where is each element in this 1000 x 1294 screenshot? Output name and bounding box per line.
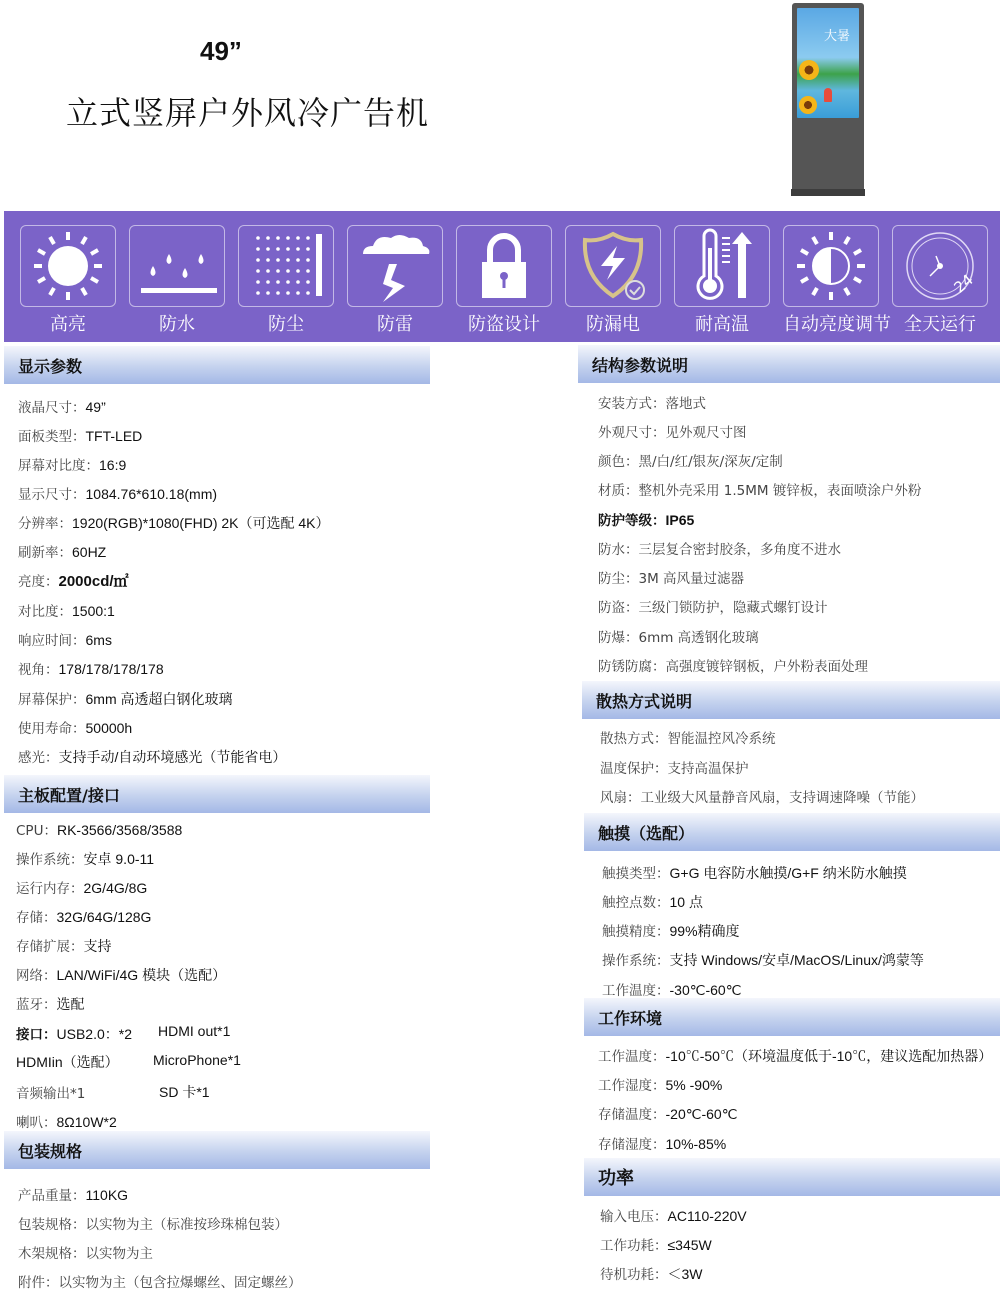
sun-icon xyxy=(28,228,108,304)
section-environment: 工作环境 xyxy=(584,998,1000,1036)
spec-row: 存储温度：-20℃-60℃ xyxy=(598,1103,737,1123)
feature-label: 防漏电 xyxy=(565,310,661,336)
feature-label: 防雷 xyxy=(347,310,443,336)
spec-row: 刷新率：60HZ xyxy=(18,541,106,561)
spec-row: 蓝牙：选配 xyxy=(16,993,85,1014)
spec-row: 响应时间：6ms xyxy=(18,629,112,649)
feature-label: 高亮 xyxy=(20,310,116,336)
spec-row: 包装规格：以实物为主（标准按珍珠棉包装） xyxy=(18,1213,288,1233)
feature-anti-theft: 防盗设计 xyxy=(456,225,552,336)
product-image: 大暑 xyxy=(792,3,864,196)
water-drops-icon xyxy=(137,228,217,304)
spec-row: 分辨率：1920(RGB)*1080(FHD) 2K（可选配 4K） xyxy=(18,512,330,533)
sunflower-graphic xyxy=(799,60,819,80)
feature-lightning-protection: 防雷 xyxy=(347,225,443,336)
screen-text: 大暑 xyxy=(824,30,850,44)
spec-row: 音频输出*1SD 卡*1 xyxy=(16,1082,85,1102)
half-sun-icon xyxy=(791,228,871,304)
shield-bolt-icon xyxy=(573,228,653,304)
feature-dustproof: 防尘 xyxy=(238,225,334,336)
section-cooling: 散热方式说明 xyxy=(582,681,1000,719)
spec-row: 存储扩展：支持 xyxy=(16,935,112,956)
spec-row: 安装方式：落地式 xyxy=(598,392,706,412)
feature-label: 防尘 xyxy=(238,310,334,336)
spec-row: 网络：LAN/WiFi/4G 模块（选配） xyxy=(16,964,226,985)
spec-row: 材质：整机外壳采用 1.5MM 镀锌板，表面喷涂户外粉 xyxy=(598,479,921,499)
section-packaging: 包装规格 xyxy=(4,1131,430,1169)
spec-row: 液晶尺寸：49” xyxy=(18,396,106,416)
spec-row: 屏幕保护：6mm 高透超白钢化玻璃 xyxy=(18,688,233,709)
spec-row-interfaces: 接口：USB2.0：*2HDMI out*1 xyxy=(16,1023,132,1044)
boy-graphic xyxy=(824,88,832,102)
spec-row: 面板类型：TFT-LED xyxy=(18,425,142,445)
spec-row: 视角：178/178/178/178 xyxy=(18,658,164,678)
spec-row: 工作湿度：5% -90% xyxy=(598,1074,722,1094)
kiosk-screen: 大暑 xyxy=(797,8,859,118)
spec-row: 输入电压：AC110-220V xyxy=(600,1205,747,1225)
spec-row: 屏幕对比度：16:9 xyxy=(18,454,126,474)
section-structure: 结构参数说明 xyxy=(578,345,1000,383)
feature-high-brightness: 高亮 xyxy=(20,225,116,336)
spec-row: 存储湿度：10%-85% xyxy=(598,1133,726,1153)
feature-label: 防盗设计 xyxy=(456,310,552,336)
spec-row: 散热方式：智能温控风冷系统 xyxy=(600,727,776,747)
feature-label: 全天运行 xyxy=(892,310,988,336)
thermometer-icon xyxy=(682,228,762,304)
svg-text:24: 24 xyxy=(951,271,977,297)
spec-row: 工作温度：-10℃-50℃（环境温度低于-10℃，建议选配加热器） xyxy=(598,1045,992,1066)
clock-24-icon: 24 xyxy=(900,228,980,304)
spec-row: 操作系统：安卓 9.0-11 xyxy=(16,848,154,869)
spec-row: CPU：RK-3566/3568/3588 xyxy=(16,819,182,839)
section-power: 功率 xyxy=(584,1158,1000,1196)
feature-band: 高亮 防水 防尘 xyxy=(4,211,1000,342)
spec-row: 附件：以实物为主（包含拉爆螺丝、固定螺丝） xyxy=(18,1271,302,1291)
feature-24h-operation: 24 全天运行 xyxy=(892,225,988,336)
spec-row: 工作温度：-30℃-60℃ xyxy=(602,979,741,999)
spec-row: 防水：三层复合密封胶条，多角度不进水 xyxy=(598,538,841,558)
spec-row: 工作功耗：≤345W xyxy=(600,1234,712,1254)
spec-row: 感光：支持手动/自动环境感光（节能省电） xyxy=(18,746,286,767)
feature-auto-brightness: 自动亮度调节 xyxy=(783,225,879,336)
section-touch-optional: 触摸（选配） xyxy=(584,813,1000,851)
product-size: 49” xyxy=(200,36,242,67)
spec-row: 显示尺寸：1084.76*610.18(mm) xyxy=(18,483,217,503)
section-mainboard: 主板配置/接口 xyxy=(4,775,430,813)
sunflower-graphic xyxy=(799,96,817,114)
spec-row: 触摸类型：G+G 电容防水触摸/G+F 纳米防水触摸 xyxy=(602,862,907,883)
spec-row: 防锈防腐：高强度镀锌钢板，户外粉表面处理 xyxy=(598,655,868,675)
spec-row: 防尘：3M 高风量过滤器 xyxy=(598,567,744,587)
spec-row: 木架规格：以实物为主 xyxy=(18,1242,153,1262)
feature-label: 耐高温 xyxy=(674,310,770,336)
spec-row-ip-rating: 防护等级：IP65 xyxy=(598,509,694,529)
spec-row: 触摸精度：99%精确度 xyxy=(602,920,740,941)
kiosk-base xyxy=(791,189,865,196)
spec-row: 亮度：2000cd/㎡ xyxy=(18,570,129,591)
section-display-params: 显示参数 xyxy=(4,346,430,384)
spec-row: HDMIin（选配）MicroPhone*1 xyxy=(16,1052,119,1072)
padlock-icon xyxy=(464,228,544,304)
lightning-cloud-icon xyxy=(355,228,435,304)
feature-leakage-protection: 防漏电 xyxy=(565,225,661,336)
spec-row: 对比度：1500:1 xyxy=(18,600,115,620)
spec-row: 操作系统：支持 Windows/安卓/MacOS/Linux/鸿蒙等 xyxy=(602,949,924,970)
spec-row: 产品重量：110KG xyxy=(18,1184,128,1204)
feature-high-temp-resistant: 耐高温 xyxy=(674,225,770,336)
feature-waterproof: 防水 xyxy=(129,225,225,336)
spec-row: 存储：32G/64G/128G xyxy=(16,906,151,926)
spec-row: 防爆：6mm 高透钢化玻璃 xyxy=(598,626,759,646)
dust-filter-icon xyxy=(246,228,326,304)
spec-row: 风扇：工业级大风量静音风扇，支持调速降噪（节能） xyxy=(600,786,924,806)
feature-label: 自动亮度调节 xyxy=(783,310,879,336)
spec-row: 外观尺寸：见外观尺寸图 xyxy=(598,421,747,441)
spec-row: 喇叭：8Ω10W*2 xyxy=(16,1111,117,1131)
spec-row: 温度保护：支持高温保护 xyxy=(600,757,749,777)
spec-row: 使用寿命：50000h xyxy=(18,717,132,737)
spec-row: 运行内存：2G/4G/8G xyxy=(16,877,147,897)
feature-label: 防水 xyxy=(129,310,225,336)
page-title: 立式竖屏户外风冷广告机 xyxy=(66,88,429,134)
spec-row: 触控点数：10 点 xyxy=(602,891,703,912)
spec-row: 待机功耗：＜3W xyxy=(600,1263,703,1284)
spec-row: 防盗：三级门锁防护，隐藏式螺钉设计 xyxy=(598,596,828,616)
spec-row: 颜色：黑/白/红/银灰/深灰/定制 xyxy=(598,450,783,470)
